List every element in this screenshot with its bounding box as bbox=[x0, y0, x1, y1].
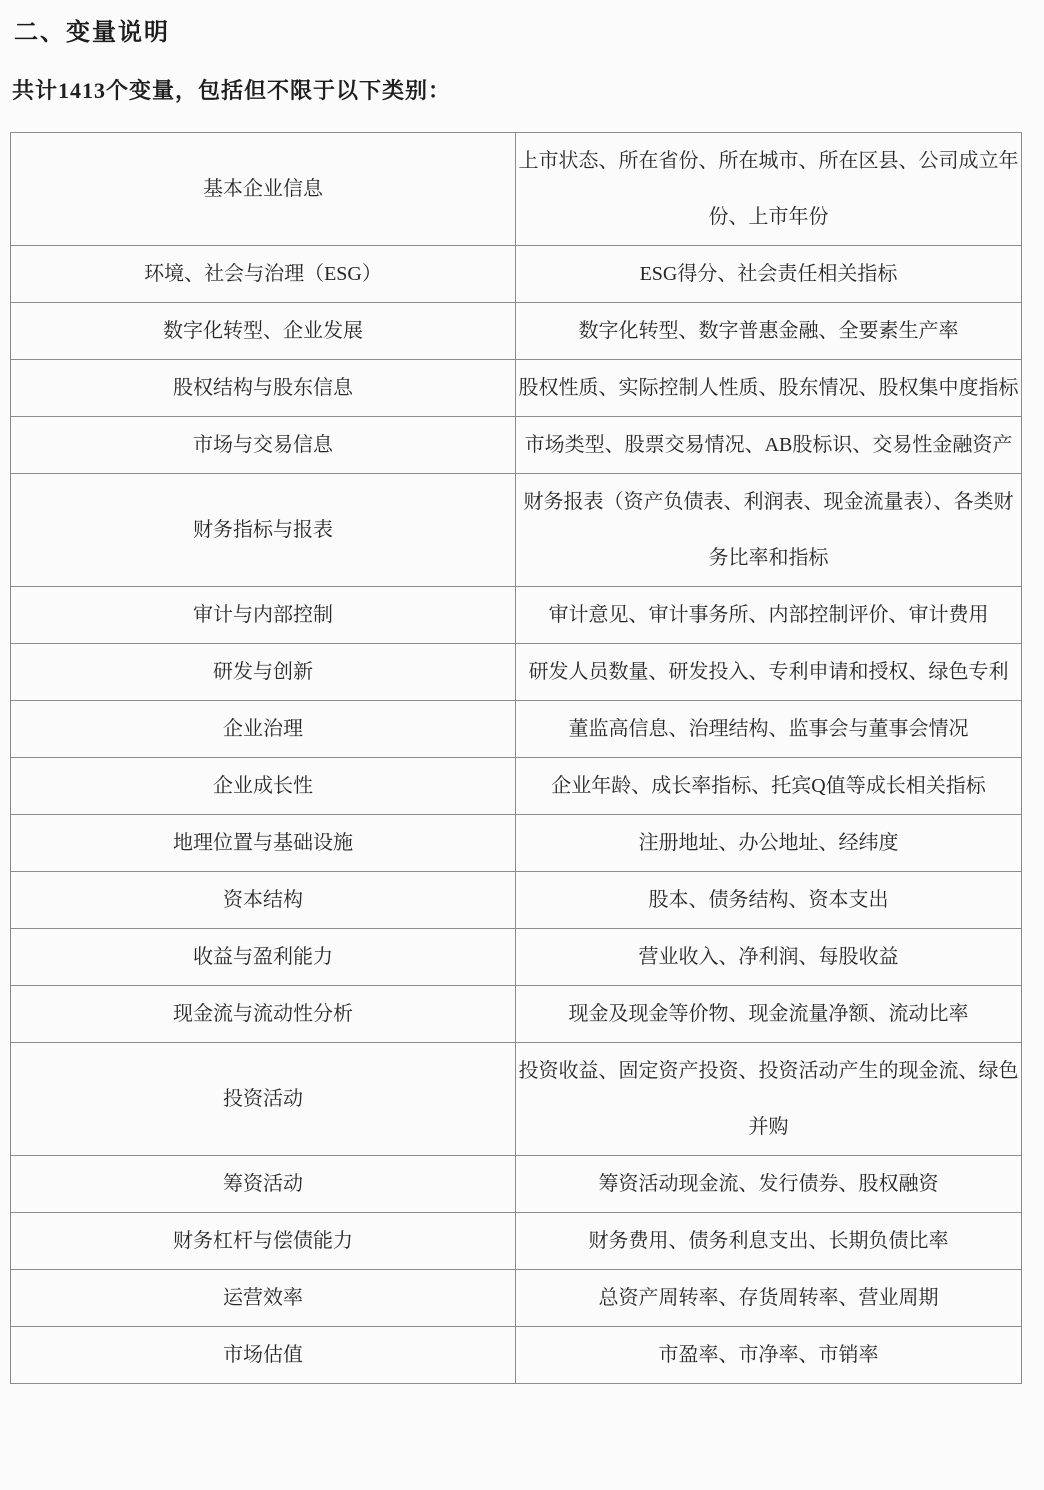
category-cell: 财务杠杆与偿债能力 bbox=[11, 1213, 516, 1270]
table-row: 企业成长性企业年龄、成长率指标、托宾Q值等成长相关指标 bbox=[11, 758, 1022, 815]
variables-table-body: 基本企业信息上市状态、所在省份、所在城市、所在区县、公司成立年份、上市年份环境、… bbox=[11, 133, 1022, 1384]
table-row: 运营效率总资产周转率、存货周转率、营业周期 bbox=[11, 1270, 1022, 1327]
category-cell: 市场估值 bbox=[11, 1327, 516, 1384]
variables-cell: 数字化转型、数字普惠金融、全要素生产率 bbox=[516, 303, 1022, 360]
variables-cell: 股权性质、实际控制人性质、股东情况、股权集中度指标 bbox=[516, 360, 1022, 417]
variables-cell: 股本、债务结构、资本支出 bbox=[516, 872, 1022, 929]
category-cell: 筹资活动 bbox=[11, 1156, 516, 1213]
category-cell: 研发与创新 bbox=[11, 644, 516, 701]
table-row: 收益与盈利能力营业收入、净利润、每股收益 bbox=[11, 929, 1022, 986]
category-cell: 现金流与流动性分析 bbox=[11, 986, 516, 1043]
variables-cell: 总资产周转率、存货周转率、营业周期 bbox=[516, 1270, 1022, 1327]
category-cell: 环境、社会与治理（ESG） bbox=[11, 246, 516, 303]
table-row: 筹资活动筹资活动现金流、发行债券、股权融资 bbox=[11, 1156, 1022, 1213]
table-row: 财务指标与报表财务报表（资产负债表、利润表、现金流量表）、各类财务比率和指标 bbox=[11, 474, 1022, 587]
category-cell: 收益与盈利能力 bbox=[11, 929, 516, 986]
table-row: 资本结构股本、债务结构、资本支出 bbox=[11, 872, 1022, 929]
variables-table: 基本企业信息上市状态、所在省份、所在城市、所在区县、公司成立年份、上市年份环境、… bbox=[10, 132, 1022, 1384]
variables-cell: 财务费用、债务利息支出、长期负债比率 bbox=[516, 1213, 1022, 1270]
category-cell: 股权结构与股东信息 bbox=[11, 360, 516, 417]
category-cell: 运营效率 bbox=[11, 1270, 516, 1327]
category-cell: 财务指标与报表 bbox=[11, 474, 516, 587]
category-cell: 企业成长性 bbox=[11, 758, 516, 815]
variables-cell: ESG得分、社会责任相关指标 bbox=[516, 246, 1022, 303]
table-row: 投资活动投资收益、固定资产投资、投资活动产生的现金流、绿色并购 bbox=[11, 1043, 1022, 1156]
table-row: 环境、社会与治理（ESG）ESG得分、社会责任相关指标 bbox=[11, 246, 1022, 303]
table-row: 市场与交易信息市场类型、股票交易情况、AB股标识、交易性金融资产 bbox=[11, 417, 1022, 474]
variables-cell: 上市状态、所在省份、所在城市、所在区县、公司成立年份、上市年份 bbox=[516, 133, 1022, 246]
table-row: 基本企业信息上市状态、所在省份、所在城市、所在区县、公司成立年份、上市年份 bbox=[11, 133, 1022, 246]
variables-cell: 营业收入、净利润、每股收益 bbox=[516, 929, 1022, 986]
variables-cell: 审计意见、审计事务所、内部控制评价、审计费用 bbox=[516, 587, 1022, 644]
intro-text: 共计1413个变量，包括但不限于以下类别： bbox=[12, 74, 1044, 105]
variables-cell: 注册地址、办公地址、经纬度 bbox=[516, 815, 1022, 872]
table-row: 现金流与流动性分析现金及现金等价物、现金流量净额、流动比率 bbox=[11, 986, 1022, 1043]
table-row: 研发与创新研发人员数量、研发投入、专利申请和授权、绿色专利 bbox=[11, 644, 1022, 701]
table-row: 财务杠杆与偿债能力财务费用、债务利息支出、长期负债比率 bbox=[11, 1213, 1022, 1270]
table-row: 地理位置与基础设施注册地址、办公地址、经纬度 bbox=[11, 815, 1022, 872]
variables-cell: 投资收益、固定资产投资、投资活动产生的现金流、绿色并购 bbox=[516, 1043, 1022, 1156]
table-row: 市场估值市盈率、市净率、市销率 bbox=[11, 1327, 1022, 1384]
category-cell: 企业治理 bbox=[11, 701, 516, 758]
category-cell: 资本结构 bbox=[11, 872, 516, 929]
table-row: 数字化转型、企业发展数字化转型、数字普惠金融、全要素生产率 bbox=[11, 303, 1022, 360]
variables-cell: 市场类型、股票交易情况、AB股标识、交易性金融资产 bbox=[516, 417, 1022, 474]
category-cell: 数字化转型、企业发展 bbox=[11, 303, 516, 360]
category-cell: 市场与交易信息 bbox=[11, 417, 516, 474]
category-cell: 基本企业信息 bbox=[11, 133, 516, 246]
table-row: 审计与内部控制审计意见、审计事务所、内部控制评价、审计费用 bbox=[11, 587, 1022, 644]
document-page: 二、变量说明 共计1413个变量，包括但不限于以下类别： 基本企业信息上市状态、… bbox=[0, 0, 1044, 1490]
variables-cell: 财务报表（资产负债表、利润表、现金流量表）、各类财务比率和指标 bbox=[516, 474, 1022, 587]
category-cell: 地理位置与基础设施 bbox=[11, 815, 516, 872]
table-row: 企业治理董监高信息、治理结构、监事会与董事会情况 bbox=[11, 701, 1022, 758]
variables-cell: 研发人员数量、研发投入、专利申请和授权、绿色专利 bbox=[516, 644, 1022, 701]
table-row: 股权结构与股东信息股权性质、实际控制人性质、股东情况、股权集中度指标 bbox=[11, 360, 1022, 417]
category-cell: 审计与内部控制 bbox=[11, 587, 516, 644]
variables-cell: 筹资活动现金流、发行债券、股权融资 bbox=[516, 1156, 1022, 1213]
category-cell: 投资活动 bbox=[11, 1043, 516, 1156]
variables-cell: 现金及现金等价物、现金流量净额、流动比率 bbox=[516, 986, 1022, 1043]
section-title: 二、变量说明 bbox=[14, 12, 1044, 47]
variables-cell: 市盈率、市净率、市销率 bbox=[516, 1327, 1022, 1384]
variables-cell: 董监高信息、治理结构、监事会与董事会情况 bbox=[516, 701, 1022, 758]
variables-cell: 企业年龄、成长率指标、托宾Q值等成长相关指标 bbox=[516, 758, 1022, 815]
